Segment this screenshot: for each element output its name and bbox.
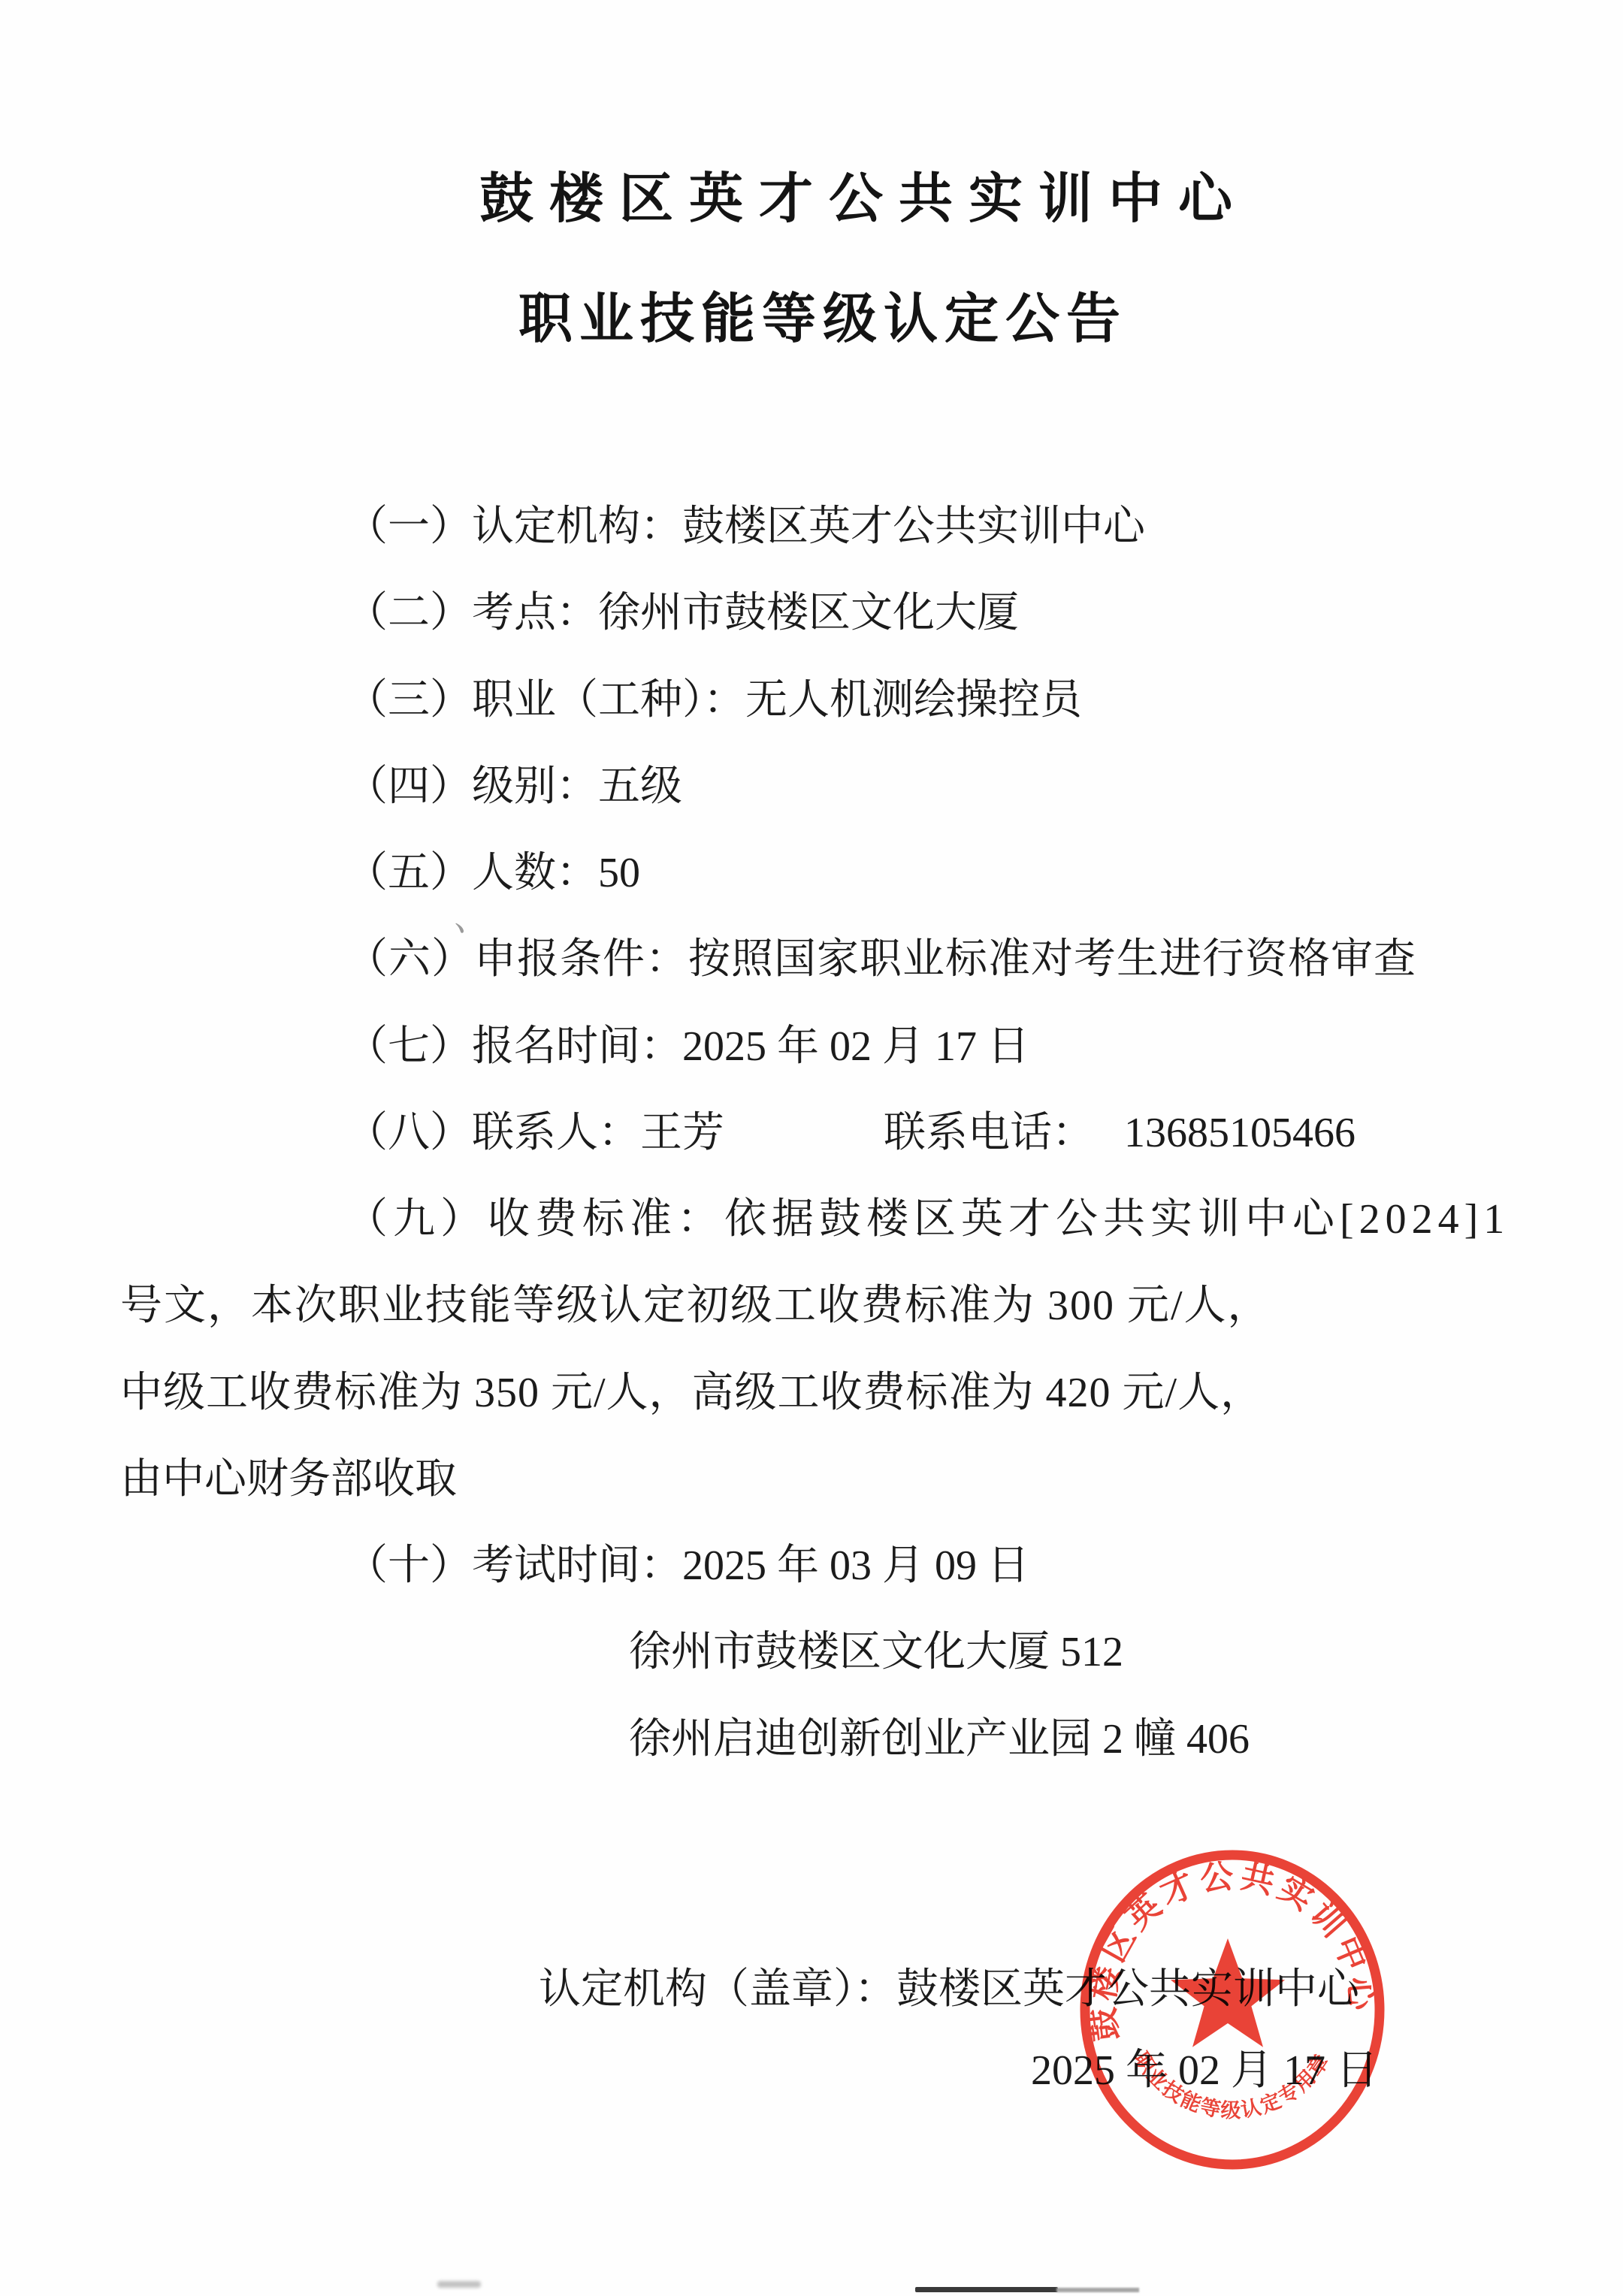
fee-wrap-line1: 号文，本次职业技能等级认定初级工收费标准为 300 元/人， [120, 1278, 1271, 1334]
item-certifying-org: （一）认定机构：鼓楼区英才公共实训中心 [346, 499, 1145, 554]
fee-wrap-line3: 由中心财务部收取 [120, 1452, 457, 1507]
item-signup-date: （七）报名时间：2025 年 02 月 17 日 [346, 1019, 1029, 1074]
document-title-line1: 鼓楼区英才公共实训中心 [479, 172, 1248, 226]
contact-phone-label: 联系电话： [884, 1105, 1094, 1161]
scan-artifact-bar [915, 2287, 1058, 2292]
item-level: （四）级别：五级 [346, 759, 682, 814]
exam-address-1: 徐州市鼓楼区文化大厦 512 [629, 1624, 1123, 1680]
seal-arc-bottom-text: 职业技能等级认定专用章 [1129, 2048, 1334, 2122]
item-occupation: （三）职业（工种）：无人机测绘操控员 [346, 672, 1082, 728]
announcement-document: 鼓楼区英才公共实训中心 职业技能等级认定公告 （一）认定机构：鼓楼区英才公共实训… [0, 0, 1623, 2296]
item-contact-person: （八）联系人：王芳 [346, 1105, 724, 1161]
scan-artifact-bar-light [1056, 2288, 1139, 2292]
document-title-line2: 职业技能等级认定公告 [518, 292, 1127, 346]
item-headcount: （五）人数：50 [346, 845, 640, 901]
scan-artifact-smudge [437, 2281, 481, 2288]
fee-wrap-line2: 中级工收费标准为 350 元/人，高级工收费标准为 420 元/人， [120, 1365, 1263, 1421]
item-exam-site: （二）考点：徐州市鼓楼区文化大厦 [346, 585, 1019, 641]
official-seal-stamp: 鼓楼区英才公共实训中心 职业技能等级认定专用章 [1076, 1847, 1389, 2173]
seal-star-icon [1171, 1938, 1285, 2047]
item-fee-standard: （九）收费标准：依据鼓楼区英才公共实训中心[2024]1 [346, 1192, 1510, 1247]
contact-phone-number: 13685105466 [1124, 1105, 1356, 1161]
exam-address-2: 徐州启迪创新创业产业园 2 幢 406 [629, 1711, 1250, 1767]
item-application-cond: （六）申报条件：按照国家职业标准对考生进行资格审查 [346, 932, 1416, 987]
item-exam-date: （十）考试时间：2025 年 03 月 09 日 [346, 1538, 1029, 1594]
